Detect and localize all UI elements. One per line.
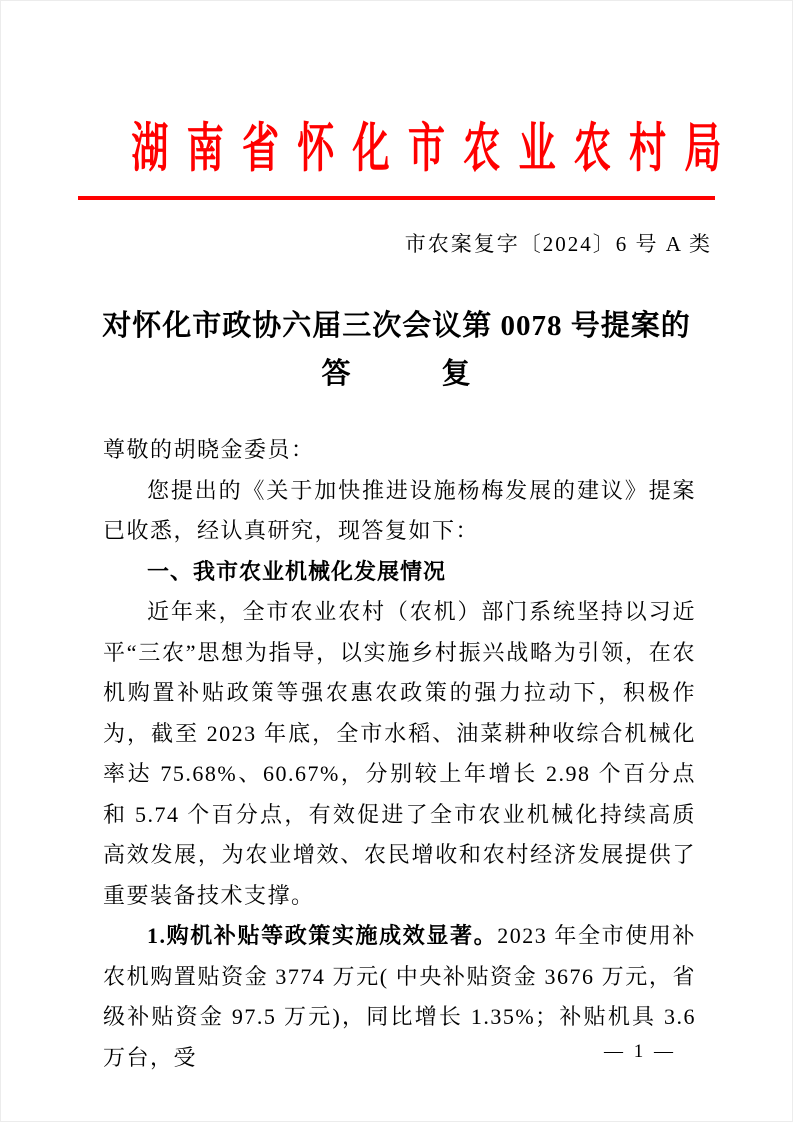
letterhead: 湖南省怀化市农业农村局 bbox=[1, 119, 792, 179]
document-title-line1: 对怀化市政协六届三次会议第 0078 号提案的 bbox=[1, 302, 792, 350]
document-body: 尊敬的胡晓金委员： 您提出的《关于加快推进设施杨梅发展的建议》提案已收悉，经认真… bbox=[103, 430, 696, 1078]
section1-heading: 一、我市农业机械化发展情况 bbox=[103, 552, 696, 593]
document-page: 湖南省怀化市农业农村局 市农案复字〔2024〕6 号 A 类 对怀化市政协六届三… bbox=[0, 0, 793, 1122]
letterhead-divider-rule bbox=[78, 196, 715, 200]
paragraph-subsidy-lead: 1.购机补贴等政策实施成效显著。 bbox=[147, 923, 497, 948]
paragraph-intro: 您提出的《关于加快推进设施杨梅发展的建议》提案已收悉，经认真研究，现答复如下： bbox=[103, 471, 696, 552]
page-number: — 1 — bbox=[604, 1041, 676, 1063]
document-title-line2: 答 复 bbox=[1, 350, 792, 398]
letterhead-agency-name: 湖南省怀化市农业农村局 bbox=[131, 119, 739, 179]
paragraph-overview: 近年来，全市农业农村（农机）部门系统坚持以习近平“三农”思想为指导，以实施乡村振… bbox=[103, 592, 696, 916]
salutation: 尊敬的胡晓金委员： bbox=[103, 430, 696, 471]
document-title: 对怀化市政协六届三次会议第 0078 号提案的 答 复 bbox=[1, 302, 792, 398]
doc-reference-number: 市农案复字〔2024〕6 号 A 类 bbox=[1, 230, 792, 258]
